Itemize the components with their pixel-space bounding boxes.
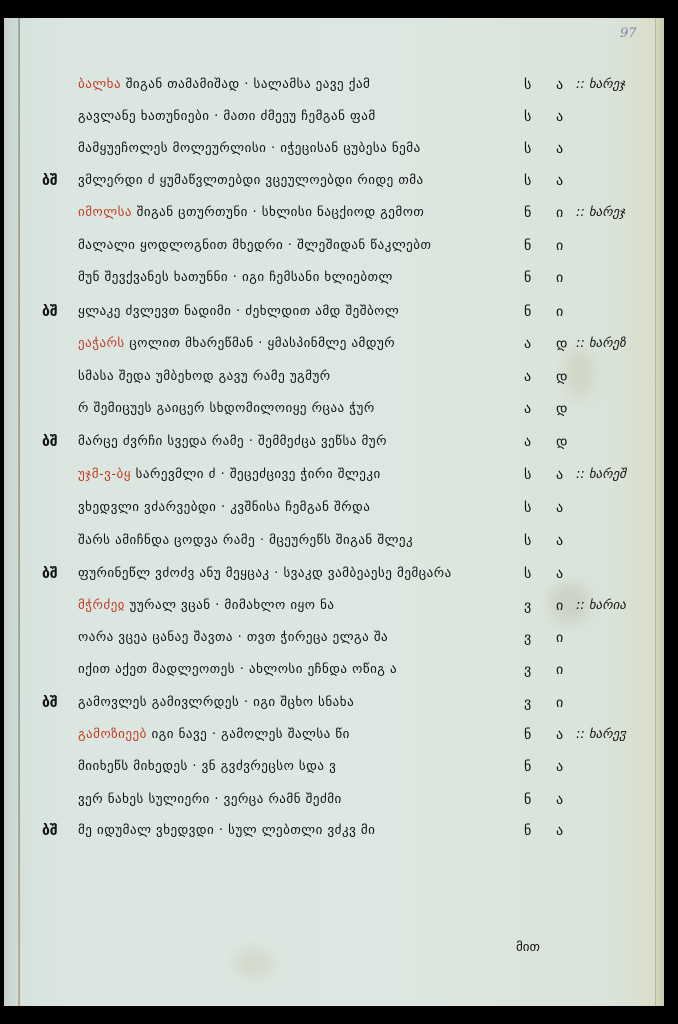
numeral-column: ს bbox=[524, 460, 531, 490]
line-body: შიგან თამამიშად · სალამსა ეავე ქამ bbox=[126, 77, 371, 92]
rubric-initial: ბალხა bbox=[78, 77, 121, 92]
text-line: იქით აქეთ მადლეოთეს · ახლოსი ეჩნდა ოწიგ … bbox=[4, 655, 664, 685]
line-text: ბალხა შიგან თამამიშად · სალამსა ეავე ქამ bbox=[78, 70, 370, 100]
text-line: რ შემიცუეს გაიცერ სხდომილოიყე რცაა ჭურად bbox=[4, 394, 664, 424]
line-text: მამყუეჩოლეს მოლეურლისი · იჭეცისან ცუბესა… bbox=[78, 134, 421, 164]
text-line: ბშ ფურინეწლ ვძოძვ ანუ მეყცაკ · სვაკდ ვამ… bbox=[4, 559, 664, 589]
numeral-column: ს bbox=[524, 70, 531, 100]
marginal-note: :: ხარეჯ bbox=[576, 198, 625, 228]
numeral-column: ა bbox=[524, 362, 531, 392]
text-line: ბშ გამოვლეს გამივლრდეს · იგი შცხო სნახავ… bbox=[4, 688, 664, 718]
line-body: მე იდუმალ ვხედვდი · სულ ლებთლი ვძკვ მი bbox=[78, 823, 375, 838]
numeral-column: ს bbox=[524, 134, 531, 164]
numeral-column: ა bbox=[556, 752, 563, 782]
numeral-column: ნ bbox=[524, 785, 531, 815]
line-body: გამოვლეს გამივლრდეს · იგი შცხო სნახა bbox=[78, 695, 354, 710]
line-body: ყლაკე ძვლევთ ნადიმი · ძეხლდით ამდ შეშბოლ bbox=[78, 304, 399, 319]
numeral-column: ი bbox=[556, 591, 563, 621]
line-text: ვმლერდი ძ ყუმაწვლთებდი ვცეულოებდი რიდე თ… bbox=[78, 166, 424, 196]
text-line: ეაჭარს ცოლით მხარეწმან · ყმასპინმლე ამდუ… bbox=[4, 329, 664, 359]
line-text: მე იდუმალ ვხედვდი · სულ ლებთლი ვძკვ მი bbox=[78, 816, 375, 846]
numeral-column: ნ bbox=[524, 231, 531, 261]
numeral-column: ი bbox=[556, 655, 563, 685]
rubric-initial: ეაჭარს bbox=[78, 336, 125, 351]
text-line: მუნ შევქვანეს ხათუნნი · იგი ჩემსანი ხლიე… bbox=[4, 263, 664, 293]
text-line: მამყუეჩოლეს მოლეურლისი · იჭეცისან ცუბესა… bbox=[4, 134, 664, 164]
numeral-column: ს bbox=[524, 493, 531, 523]
text-line: სმასა შედა უმბეხოდ გავუ რამე უგმურად bbox=[4, 362, 664, 392]
text-line: მჭრძეჲ უურალ ვცან · მიმახლო იყო ნავი:: ხ… bbox=[4, 591, 664, 621]
numeral-column: ი bbox=[556, 198, 563, 228]
numeral-column: დ bbox=[556, 329, 567, 359]
line-text: რ შემიცუეს გაიცერ სხდომილოიყე რცაა ჭურ bbox=[78, 394, 375, 424]
numeral-column: დ bbox=[556, 394, 567, 424]
line-body: სმასა შედა უმბეხოდ გავუ რამე უგმურ bbox=[78, 369, 331, 384]
line-body: მიიხეწს მიხედეს · ვნ გვძვრეცსო სდა ვ bbox=[78, 759, 336, 774]
line-text: გავლანე ხათუნიები · მათი ძმეეუ ჩემგან ფა… bbox=[78, 102, 376, 132]
numeral-column: ი bbox=[556, 623, 563, 653]
marginal-note: :: ხარეზ bbox=[576, 329, 626, 359]
text-line: ოარა ვცეა ცანაე შავთა · თვთ ჭირეცა ელგა … bbox=[4, 623, 664, 653]
numeral-column: ს bbox=[524, 166, 531, 196]
text-line: ვერ ნახეს სულიერი · ვერცა რამნ შეძმინა bbox=[4, 785, 664, 815]
marginal-note: :: ხარეჳ bbox=[576, 720, 626, 750]
line-text: მჭრძეჲ უურალ ვცან · მიმახლო იყო ნა bbox=[78, 591, 335, 621]
line-body: ვერ ნახეს სულიერი · ვერცა რამნ შეძმი bbox=[78, 792, 342, 807]
paper-stain bbox=[234, 948, 274, 978]
numeral-column: ა bbox=[556, 460, 563, 490]
text-line: იმოლსა შიგან ცთურთუნი · სხლისი ნაცქიოდ გ… bbox=[4, 198, 664, 228]
numeral-column: ნ bbox=[524, 752, 531, 782]
marginal-note: :: ხარია bbox=[576, 591, 626, 621]
line-body: ფურინეწლ ვძოძვ ანუ მეყცაკ · სვაკდ ვამბეა… bbox=[78, 566, 452, 581]
line-text: ვერ ნახეს სულიერი · ვერცა რამნ შეძმი bbox=[78, 785, 342, 815]
line-text: გამოვლეს გამივლრდეს · იგი შცხო სნახა bbox=[78, 688, 354, 718]
numeral-column: ა bbox=[524, 394, 531, 424]
numeral-column: ი bbox=[556, 231, 563, 261]
line-text: გამოზიეებ იგი ნავე · გამოლეს შალსა წი bbox=[78, 720, 350, 750]
line-body: სარევმლი ძ · შეცეძცივე ჭირი შლეკი bbox=[136, 467, 381, 482]
line-text: იქით აქეთ მადლეოთეს · ახლოსი ეჩნდა ოწიგ … bbox=[78, 655, 397, 685]
line-text: მუნ შევქვანეს ხათუნნი · იგი ჩემსანი ხლიე… bbox=[78, 263, 393, 293]
line-body: ვმლერდი ძ ყუმაწვლთებდი ვცეულოებდი რიდე თ… bbox=[78, 173, 424, 188]
line-body: მარცე ძვრჩი სვედა რამე · შემმეძცა ვეწსა … bbox=[78, 434, 387, 449]
marginal-mark: ბშ bbox=[42, 559, 58, 589]
numeral-column: ვ bbox=[524, 655, 531, 685]
text-line: ბშ ვმლერდი ძ ყუმაწვლთებდი ვცეულოებდი რიდ… bbox=[4, 166, 664, 196]
line-text: ოარა ვცეა ცანაე შავთა · თვთ ჭირეცა ელგა … bbox=[78, 623, 388, 653]
text-line: შარს ამიჩნდა ცოდვა რამე · მცეურეწს შიგან… bbox=[4, 526, 664, 556]
line-body: შარს ამიჩნდა ცოდვა რამე · მცეურეწს შიგან… bbox=[78, 533, 413, 548]
line-body: ცოლით მხარეწმან · ყმასპინმლე ამდურ bbox=[129, 336, 395, 351]
line-body: უურალ ვცან · მიმახლო იყო ნა bbox=[130, 598, 335, 613]
numeral-column: ს bbox=[524, 559, 531, 589]
numeral-column: ა bbox=[556, 70, 563, 100]
numeral-column: ს bbox=[524, 526, 531, 556]
line-text: მიიხეწს მიხედეს · ვნ გვძვრეცსო სდა ვ bbox=[78, 752, 336, 782]
numeral-column: ვ bbox=[524, 623, 531, 653]
text-line: მიიხეწს მიხედეს · ვნ გვძვრეცსო სდა ვნა bbox=[4, 752, 664, 782]
line-text: მარცე ძვრჩი სვედა რამე · შემმეძცა ვეწსა … bbox=[78, 427, 387, 457]
text-line: გამოზიეებ იგი ნავე · გამოლეს შალსა წინა:… bbox=[4, 720, 664, 750]
numeral-column: დ bbox=[556, 362, 567, 392]
numeral-column: ს bbox=[524, 102, 531, 132]
line-text: სმასა შედა უმბეხოდ გავუ რამე უგმურ bbox=[78, 362, 331, 392]
marginal-mark: ბშ bbox=[42, 688, 58, 718]
numeral-column: ნ bbox=[524, 720, 531, 750]
text-line: მალალი ყოდლოგნით მხედრი · შლეშიდან წაკლე… bbox=[4, 231, 664, 261]
rubric-initial: მჭრძეჲ bbox=[78, 598, 125, 613]
line-body: ოარა ვცეა ცანაე შავთა · თვთ ჭირეცა ელგა … bbox=[78, 630, 388, 645]
line-body: შიგან ცთურთუნი · სხლისი ნაცქიოდ გემოთ bbox=[137, 205, 425, 220]
manuscript-page: 97 ბალხა შიგან თამამიშად · სალამსა ეავე … bbox=[4, 18, 664, 1006]
line-body: ვხედვლი ვძარვებდი · კვშნისა ჩემგან შრდა bbox=[78, 500, 370, 515]
text-line: ბალხა შიგან თამამიშად · სალამსა ეავე ქამ… bbox=[4, 70, 664, 100]
line-text: ყლაკე ძვლევთ ნადიმი · ძეხლდით ამდ შეშბოლ bbox=[78, 297, 399, 327]
rubric-initial: იმოლსა bbox=[78, 205, 132, 220]
numeral-column: ნ bbox=[524, 297, 531, 327]
rubric-initial: უჯმ-ვ-ბყ bbox=[78, 467, 131, 482]
line-text: მალალი ყოდლოგნით მხედრი · შლეშიდან წაკლე… bbox=[78, 231, 431, 261]
line-body: მუნ შევქვანეს ხათუნნი · იგი ჩემსანი ხლიე… bbox=[78, 270, 393, 285]
marginal-note: :: ხარეჯ bbox=[576, 70, 625, 100]
rubric-initial: გამოზიეებ bbox=[78, 727, 147, 742]
line-body: იქით აქეთ მადლეოთეს · ახლოსი ეჩნდა ოწიგ … bbox=[78, 662, 397, 677]
text-line: ბშ მარცე ძვრჩი სვედა რამე · შემმეძცა ვეწ… bbox=[4, 427, 664, 457]
numeral-column: ნ bbox=[524, 816, 531, 846]
numeral-column: ი bbox=[556, 688, 563, 718]
line-body: მამყუეჩოლეს მოლეურლისი · იჭეცისან ცუბესა… bbox=[78, 141, 421, 156]
line-text: იმოლსა შიგან ცთურთუნი · სხლისი ნაცქიოდ გ… bbox=[78, 198, 424, 228]
numeral-column: ვ bbox=[524, 688, 531, 718]
numeral-column: დ bbox=[556, 427, 567, 457]
numeral-column: ი bbox=[556, 297, 563, 327]
text-line: ვხედვლი ვძარვებდი · კვშნისა ჩემგან შრდას… bbox=[4, 493, 664, 523]
line-text: უჯმ-ვ-ბყ სარევმლი ძ · შეცეძცივე ჭირი შლე… bbox=[78, 460, 381, 490]
catchword: მით bbox=[516, 940, 540, 955]
line-text: შარს ამიჩნდა ცოდვა რამე · მცეურეწს შიგან… bbox=[78, 526, 413, 556]
marginal-mark: ბშ bbox=[42, 816, 58, 846]
text-line: ბშ მე იდუმალ ვხედვდი · სულ ლებთლი ვძკვ მ… bbox=[4, 816, 664, 846]
numeral-column: ა bbox=[556, 559, 563, 589]
numeral-column: ა bbox=[556, 785, 563, 815]
line-text: ფურინეწლ ვძოძვ ანუ მეყცაკ · სვაკდ ვამბეა… bbox=[78, 559, 452, 589]
text-line: ბშ ყლაკე ძვლევთ ნადიმი · ძეხლდით ამდ შეშ… bbox=[4, 297, 664, 327]
line-body: მალალი ყოდლოგნით მხედრი · შლეშიდან წაკლე… bbox=[78, 238, 431, 253]
line-text: ვხედვლი ვძარვებდი · კვშნისა ჩემგან შრდა bbox=[78, 493, 370, 523]
text-line: გავლანე ხათუნიები · მათი ძმეეუ ჩემგან ფა… bbox=[4, 102, 664, 132]
line-text: ეაჭარს ცოლით მხარეწმან · ყმასპინმლე ამდუ… bbox=[78, 329, 395, 359]
numeral-column: ა bbox=[556, 720, 563, 750]
line-body: გავლანე ხათუნიები · მათი ძმეეუ ჩემგან ფა… bbox=[78, 109, 376, 124]
marginal-mark: ბშ bbox=[42, 427, 58, 457]
numeral-column: ვ bbox=[524, 591, 531, 621]
numeral-column: ა bbox=[556, 816, 563, 846]
marginal-mark: ბშ bbox=[42, 297, 58, 327]
folio-number: 97 bbox=[620, 26, 637, 41]
numeral-column: ა bbox=[556, 134, 563, 164]
numeral-column: ა bbox=[556, 493, 563, 523]
line-body: რ შემიცუეს გაიცერ სხდომილოიყე რცაა ჭურ bbox=[78, 401, 375, 416]
numeral-column: ა bbox=[524, 329, 531, 359]
text-line: უჯმ-ვ-ბყ სარევმლი ძ · შეცეძცივე ჭირი შლე… bbox=[4, 460, 664, 490]
numeral-column: ი bbox=[556, 263, 563, 293]
numeral-column: ნ bbox=[524, 198, 531, 228]
numeral-column: ა bbox=[556, 102, 563, 132]
line-body: იგი ნავე · გამოლეს შალსა წი bbox=[151, 727, 349, 742]
numeral-column: ა bbox=[556, 166, 563, 196]
marginal-note: :: ხარეშ bbox=[576, 460, 626, 490]
numeral-column: ა bbox=[524, 427, 531, 457]
numeral-column: ა bbox=[556, 526, 563, 556]
numeral-column: ნ bbox=[524, 263, 531, 293]
marginal-mark: ბშ bbox=[42, 166, 58, 196]
